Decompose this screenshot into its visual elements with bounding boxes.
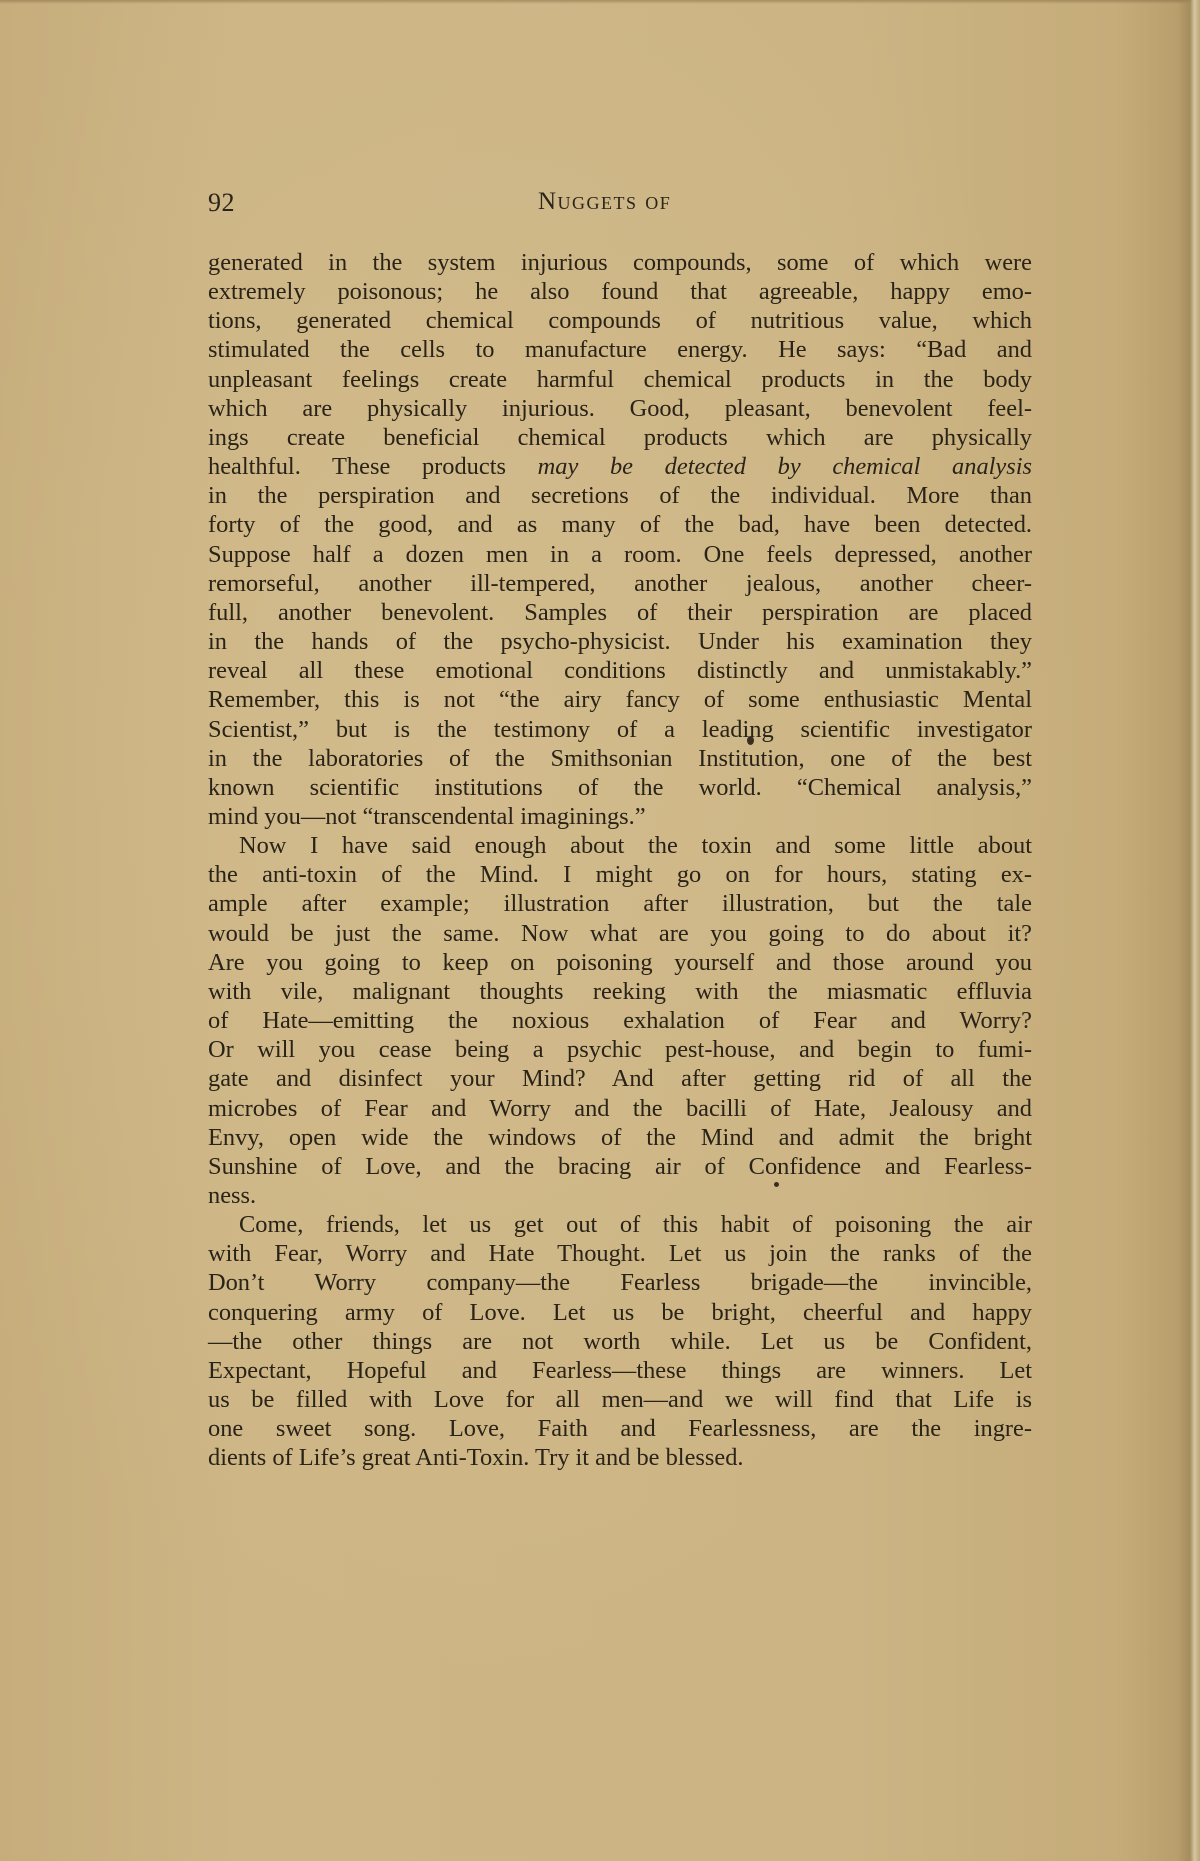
text-line: of Hate—emitting the noxious exhalation … (208, 1006, 1032, 1035)
page-header: 92 Nuggets of (208, 188, 1030, 222)
text-line: tions, generated chemical compounds of n… (208, 306, 1032, 335)
paragraph-2: Now I have said enough about the toxin a… (208, 831, 1032, 1210)
text-line: which are physically injurious. Good, pl… (208, 394, 1032, 423)
text-line: stimulated the cells to manufacture ener… (208, 335, 1032, 364)
text-line: in the laboratories of the Smithsonian I… (208, 744, 1032, 773)
body-text: generated in the system injurious compou… (208, 248, 1032, 1473)
text-line: ample after example; illustration after … (208, 889, 1032, 918)
text-line: ings create beneficial chemical products… (208, 423, 1032, 452)
text-line: us be filled with Love for all men—and w… (208, 1385, 1032, 1414)
page-top-edge (0, 0, 1200, 4)
text-line: Scientist,” but is the testimony of a le… (208, 715, 1032, 744)
text-line: forty of the good, and as many of the ba… (208, 510, 1032, 539)
text-line: microbes of Fear and Worry and the bacil… (208, 1094, 1032, 1123)
text-line: Don’t Worry company—the Fearless brigade… (208, 1268, 1032, 1297)
text-line: ness. (208, 1181, 1032, 1210)
text-line: conquering army of Love. Let us be brigh… (208, 1298, 1032, 1327)
text-line: extremely poisonous; he also found that … (208, 277, 1032, 306)
text-line: Remember, this is not “the airy fancy of… (208, 685, 1032, 714)
text-line: Suppose half a dozen men in a room. One … (208, 540, 1032, 569)
running-head: Nuggets of (538, 188, 671, 216)
text-line: unpleasant feelings create harmful chemi… (208, 365, 1032, 394)
text-line: Expectant, Hopeful and Fearless—these th… (208, 1356, 1032, 1385)
text-line: remorseful, another ill-tempered, anothe… (208, 569, 1032, 598)
text-line: Sunshine of Love, and the bracing air of… (208, 1152, 1032, 1181)
text-run: healthful. These products (208, 453, 538, 480)
text-line: Come, friends, let us get out of this ha… (208, 1210, 1032, 1239)
book-page: 92 Nuggets of generated in the system in… (0, 0, 1200, 1861)
text-line: —the other things are not worth while. L… (208, 1327, 1032, 1356)
text-line: in the perspiration and secretions of th… (208, 481, 1032, 510)
text-line: with Fear, Worry and Hate Thought. Let u… (208, 1239, 1032, 1268)
text-line: Now I have said enough about the toxin a… (208, 831, 1032, 860)
text-line: the anti-toxin of the Mind. I might go o… (208, 860, 1032, 889)
paragraph-1: generated in the system injurious compou… (208, 248, 1032, 831)
text-line: would be just the same. Now what are you… (208, 919, 1032, 948)
italic-emphasis: may be detected by chemical analysis (538, 453, 1032, 480)
text-line: gate and disinfect your Mind? And after … (208, 1064, 1032, 1093)
text-line: full, another benevolent. Samples of the… (208, 598, 1032, 627)
text-line: dients of Life’s great Anti-Toxin. Try i… (208, 1443, 1032, 1472)
text-line-with-italic: healthful. These products may be detecte… (208, 452, 1032, 481)
text-line: with vile, malignant thoughts reeking wi… (208, 977, 1032, 1006)
text-line: one sweet song. Love, Faith and Fearless… (208, 1414, 1032, 1443)
text-line: generated in the system injurious compou… (208, 248, 1032, 277)
ink-speck (774, 1182, 779, 1187)
text-line: Or will you cease being a psychic pest-h… (208, 1035, 1032, 1064)
text-line: reveal all these emotional conditions di… (208, 656, 1032, 685)
text-line: Envy, open wide the windows of the Mind … (208, 1123, 1032, 1152)
text-line: in the hands of the psycho-physicist. Un… (208, 627, 1032, 656)
text-line: Are you going to keep on poisoning yours… (208, 948, 1032, 977)
page-fore-edge (1178, 0, 1200, 1861)
text-line: mind you—not “transcendental imaginings.… (208, 802, 1032, 831)
paragraph-3: Come, friends, let us get out of this ha… (208, 1210, 1032, 1472)
ink-speck (747, 736, 754, 745)
page-number: 92 (208, 188, 235, 218)
text-line: known scientific institutions of the wor… (208, 773, 1032, 802)
